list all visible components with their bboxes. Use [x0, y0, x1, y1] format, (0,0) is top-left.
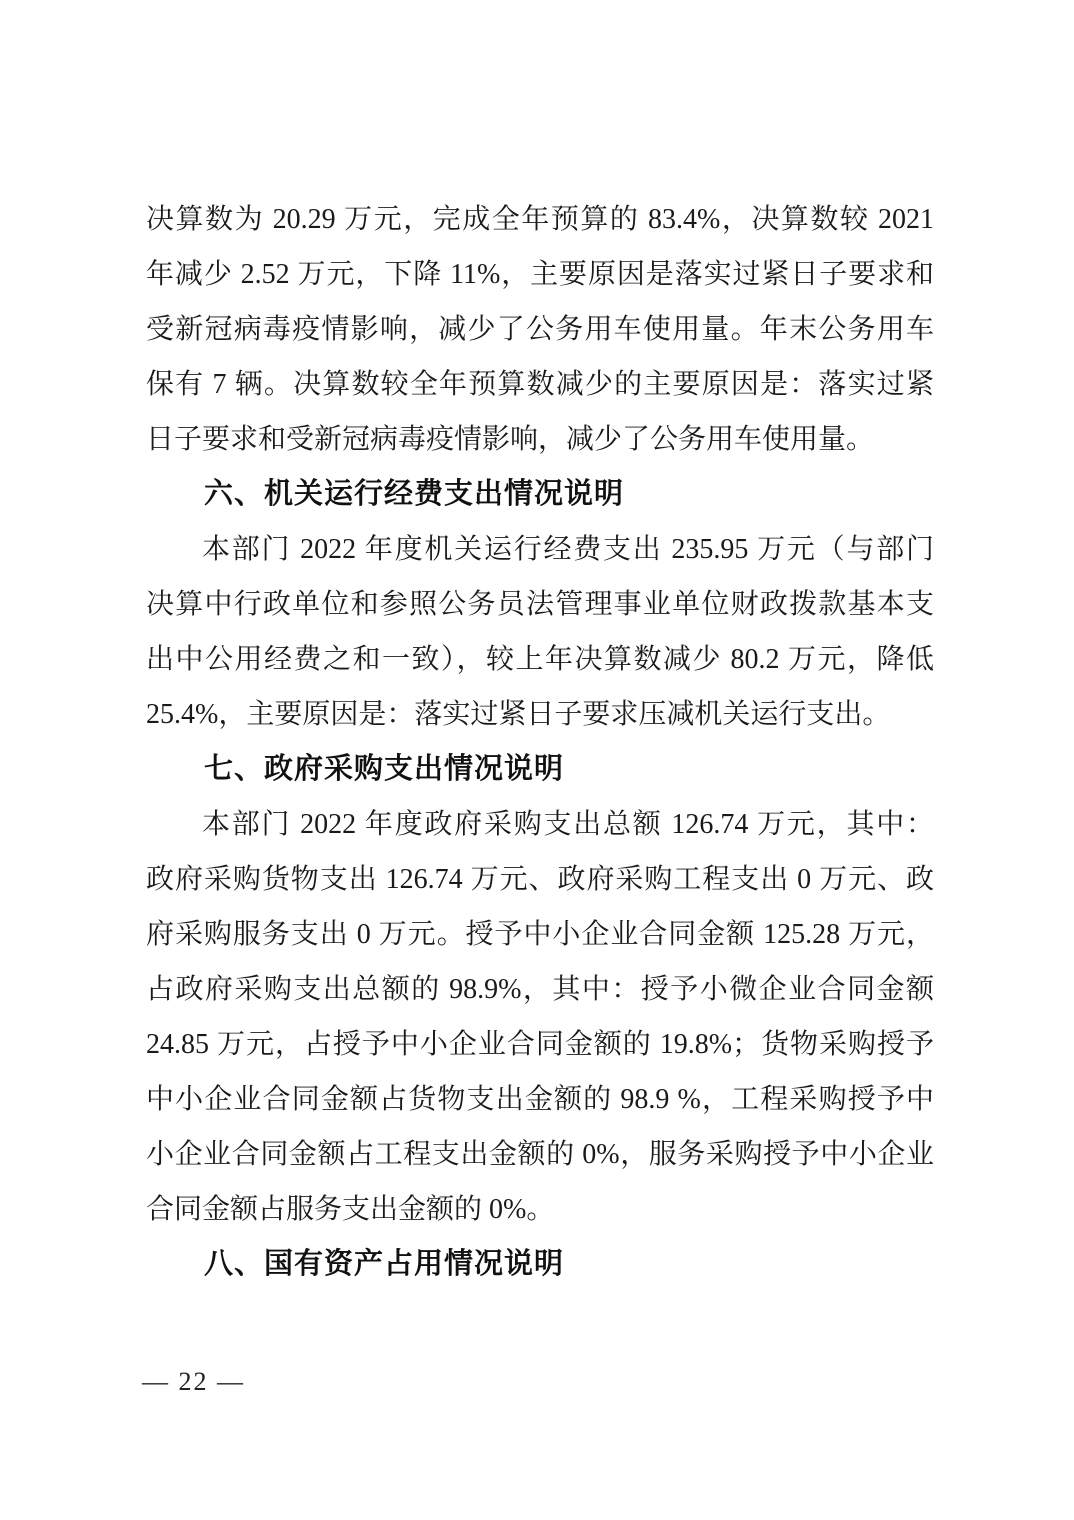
text-line: 府采购服务支出 0 万元。授予中小企业合同金额 125.28 万元， — [146, 907, 934, 962]
text-line: 保有 7 辆。决算数较全年预算数减少的主要原因是：落实过紧 — [146, 357, 934, 412]
text-line: 合同金额占服务支出金额的 0%。 — [146, 1182, 934, 1237]
text-line: 占政府采购支出总额的 98.9%，其中：授予小微企业合同金额 — [146, 962, 934, 1017]
document-page: 决算数为 20.29 万元，完成全年预算的 83.4%，决算数较 2021年减少… — [0, 0, 1074, 1520]
text-line: 政府采购货物支出 126.74 万元、政府采购工程支出 0 万元、政 — [146, 852, 934, 907]
text-line: 中小企业合同金额占货物支出金额的 98.9 %，工程采购授予中 — [146, 1072, 934, 1127]
text-line: 本部门 2022 年度机关运行经费支出 235.95 万元（与部门 — [146, 522, 934, 577]
text-line: 年减少 2.52 万元，下降 11%，主要原因是落实过紧日子要求和 — [146, 247, 934, 302]
text-line: 出中公用经费之和一致），较上年决算数减少 80.2 万元，降低 — [146, 632, 934, 687]
document-body: 决算数为 20.29 万元，完成全年预算的 83.4%，决算数较 2021年减少… — [146, 192, 934, 1292]
page-number: — 22 — — [142, 1362, 245, 1402]
text-line: 小企业合同金额占工程支出金额的 0%，服务采购授予中小企业 — [146, 1127, 934, 1182]
text-line: 决算数为 20.29 万元，完成全年预算的 83.4%，决算数较 2021 — [146, 192, 934, 247]
text-line: 受新冠病毒疫情影响，减少了公务用车使用量。年末公务用车 — [146, 302, 934, 357]
text-line: 25.4%，主要原因是：落实过紧日子要求压减机关运行支出。 — [146, 687, 934, 742]
text-line: 24.85 万元，占授予中小企业合同金额的 19.8%；货物采购授予 — [146, 1017, 934, 1072]
section-heading: 七、政府采购支出情况说明 — [146, 742, 934, 797]
text-line: 决算中行政单位和参照公务员法管理事业单位财政拨款基本支 — [146, 577, 934, 632]
text-line: 日子要求和受新冠病毒疫情影响，减少了公务用车使用量。 — [146, 412, 934, 467]
section-heading: 六、机关运行经费支出情况说明 — [146, 467, 934, 522]
text-line: 本部门 2022 年度政府采购支出总额 126.74 万元，其中： — [146, 797, 934, 852]
section-heading: 八、国有资产占用情况说明 — [146, 1237, 934, 1292]
